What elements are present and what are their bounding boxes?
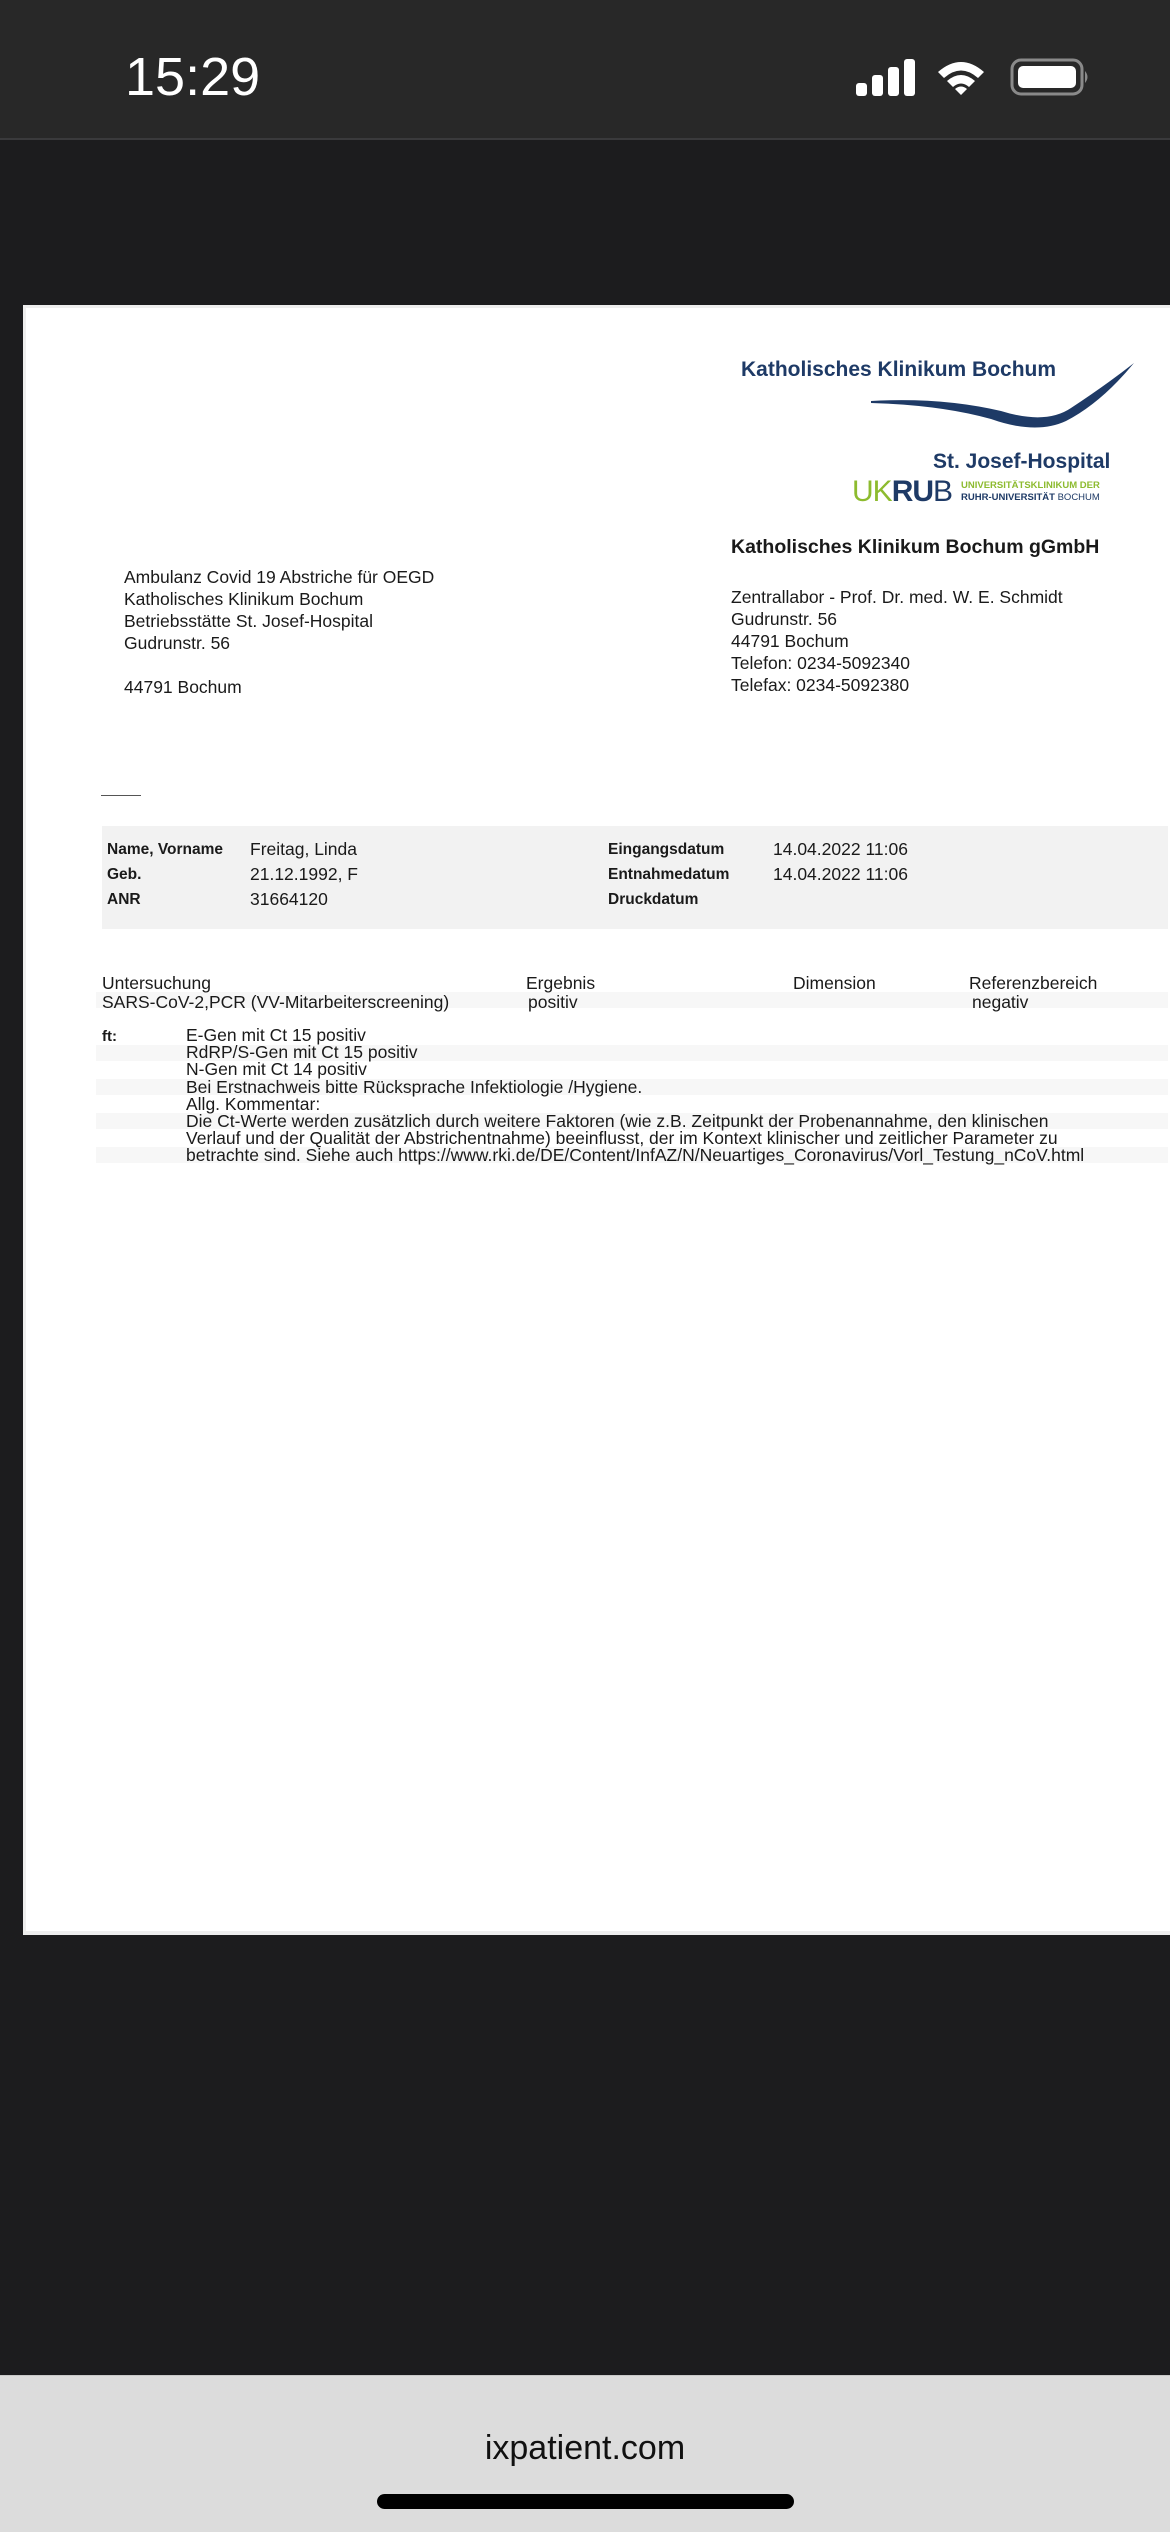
- logo-hospital: St. Josef-Hospital: [933, 450, 1110, 474]
- sampled-value: 14.04.2022 11:06: [773, 864, 908, 885]
- dob-value: 21.12.1992, F: [250, 864, 358, 885]
- document-viewer[interactable]: Katholisches Klinikum Bochum St. Josef-H…: [0, 142, 1170, 2375]
- divider: [101, 795, 141, 796]
- organization-name: Katholisches Klinikum Bochum gGmbH: [731, 536, 1099, 559]
- home-indicator[interactable]: [377, 2494, 794, 2509]
- sampled-label: Entnahmedatum: [608, 866, 729, 884]
- result-reference: negativ: [972, 992, 1028, 1013]
- lab-address: Zentrallabor - Prof. Dr. med. W. E. Schm…: [731, 586, 1063, 696]
- document-page: Katholisches Klinikum Bochum St. Josef-H…: [23, 305, 1170, 1935]
- name-label: Name, Vorname: [107, 841, 223, 859]
- status-time: 15:29: [125, 46, 260, 108]
- findings-text: E-Gen mit Ct 15 positiv RdRP/S-Gen mit C…: [186, 1027, 1084, 1165]
- received-value: 14.04.2022 11:06: [773, 839, 908, 860]
- logo-ukrub: UKRUB: [852, 475, 952, 509]
- recipient-address: Ambulanz Covid 19 Abstriche für OEGD Kat…: [124, 566, 434, 698]
- header-test: Untersuchung: [102, 973, 211, 994]
- printed-label: Druckdatum: [608, 891, 698, 909]
- received-label: Eingangsdatum: [608, 841, 724, 859]
- battery-icon: [1010, 58, 1090, 96]
- name-value: Freitag, Linda: [250, 839, 357, 860]
- logo-university: UNIVERSITÄTSKLINIKUM DER RUHR-UNIVERSITÄ…: [961, 480, 1100, 504]
- wifi-icon: [936, 58, 986, 96]
- header-result: Ergebnis: [526, 973, 595, 994]
- status-bar: 15:29: [0, 0, 1170, 140]
- browser-bottom-bar: ixpatient.com: [0, 2375, 1170, 2532]
- logo-swoosh-icon: [871, 363, 1136, 438]
- anr-value: 31664120: [250, 889, 328, 910]
- findings-label: ft:: [102, 1028, 117, 1045]
- result-test: SARS-CoV-2,PCR (VV-Mitarbeiterscreening): [102, 992, 449, 1013]
- result-value: positiv: [528, 992, 578, 1013]
- anr-label: ANR: [107, 891, 141, 909]
- header-dimension: Dimension: [793, 973, 876, 994]
- dob-label: Geb.: [107, 866, 141, 884]
- url-label[interactable]: ixpatient.com: [0, 2429, 1170, 2468]
- cellular-signal-icon: [856, 59, 914, 96]
- header-reference: Referenzbereich: [969, 973, 1097, 994]
- patient-info-box: Name, Vorname Freitag, Linda Geb. 21.12.…: [102, 826, 1168, 929]
